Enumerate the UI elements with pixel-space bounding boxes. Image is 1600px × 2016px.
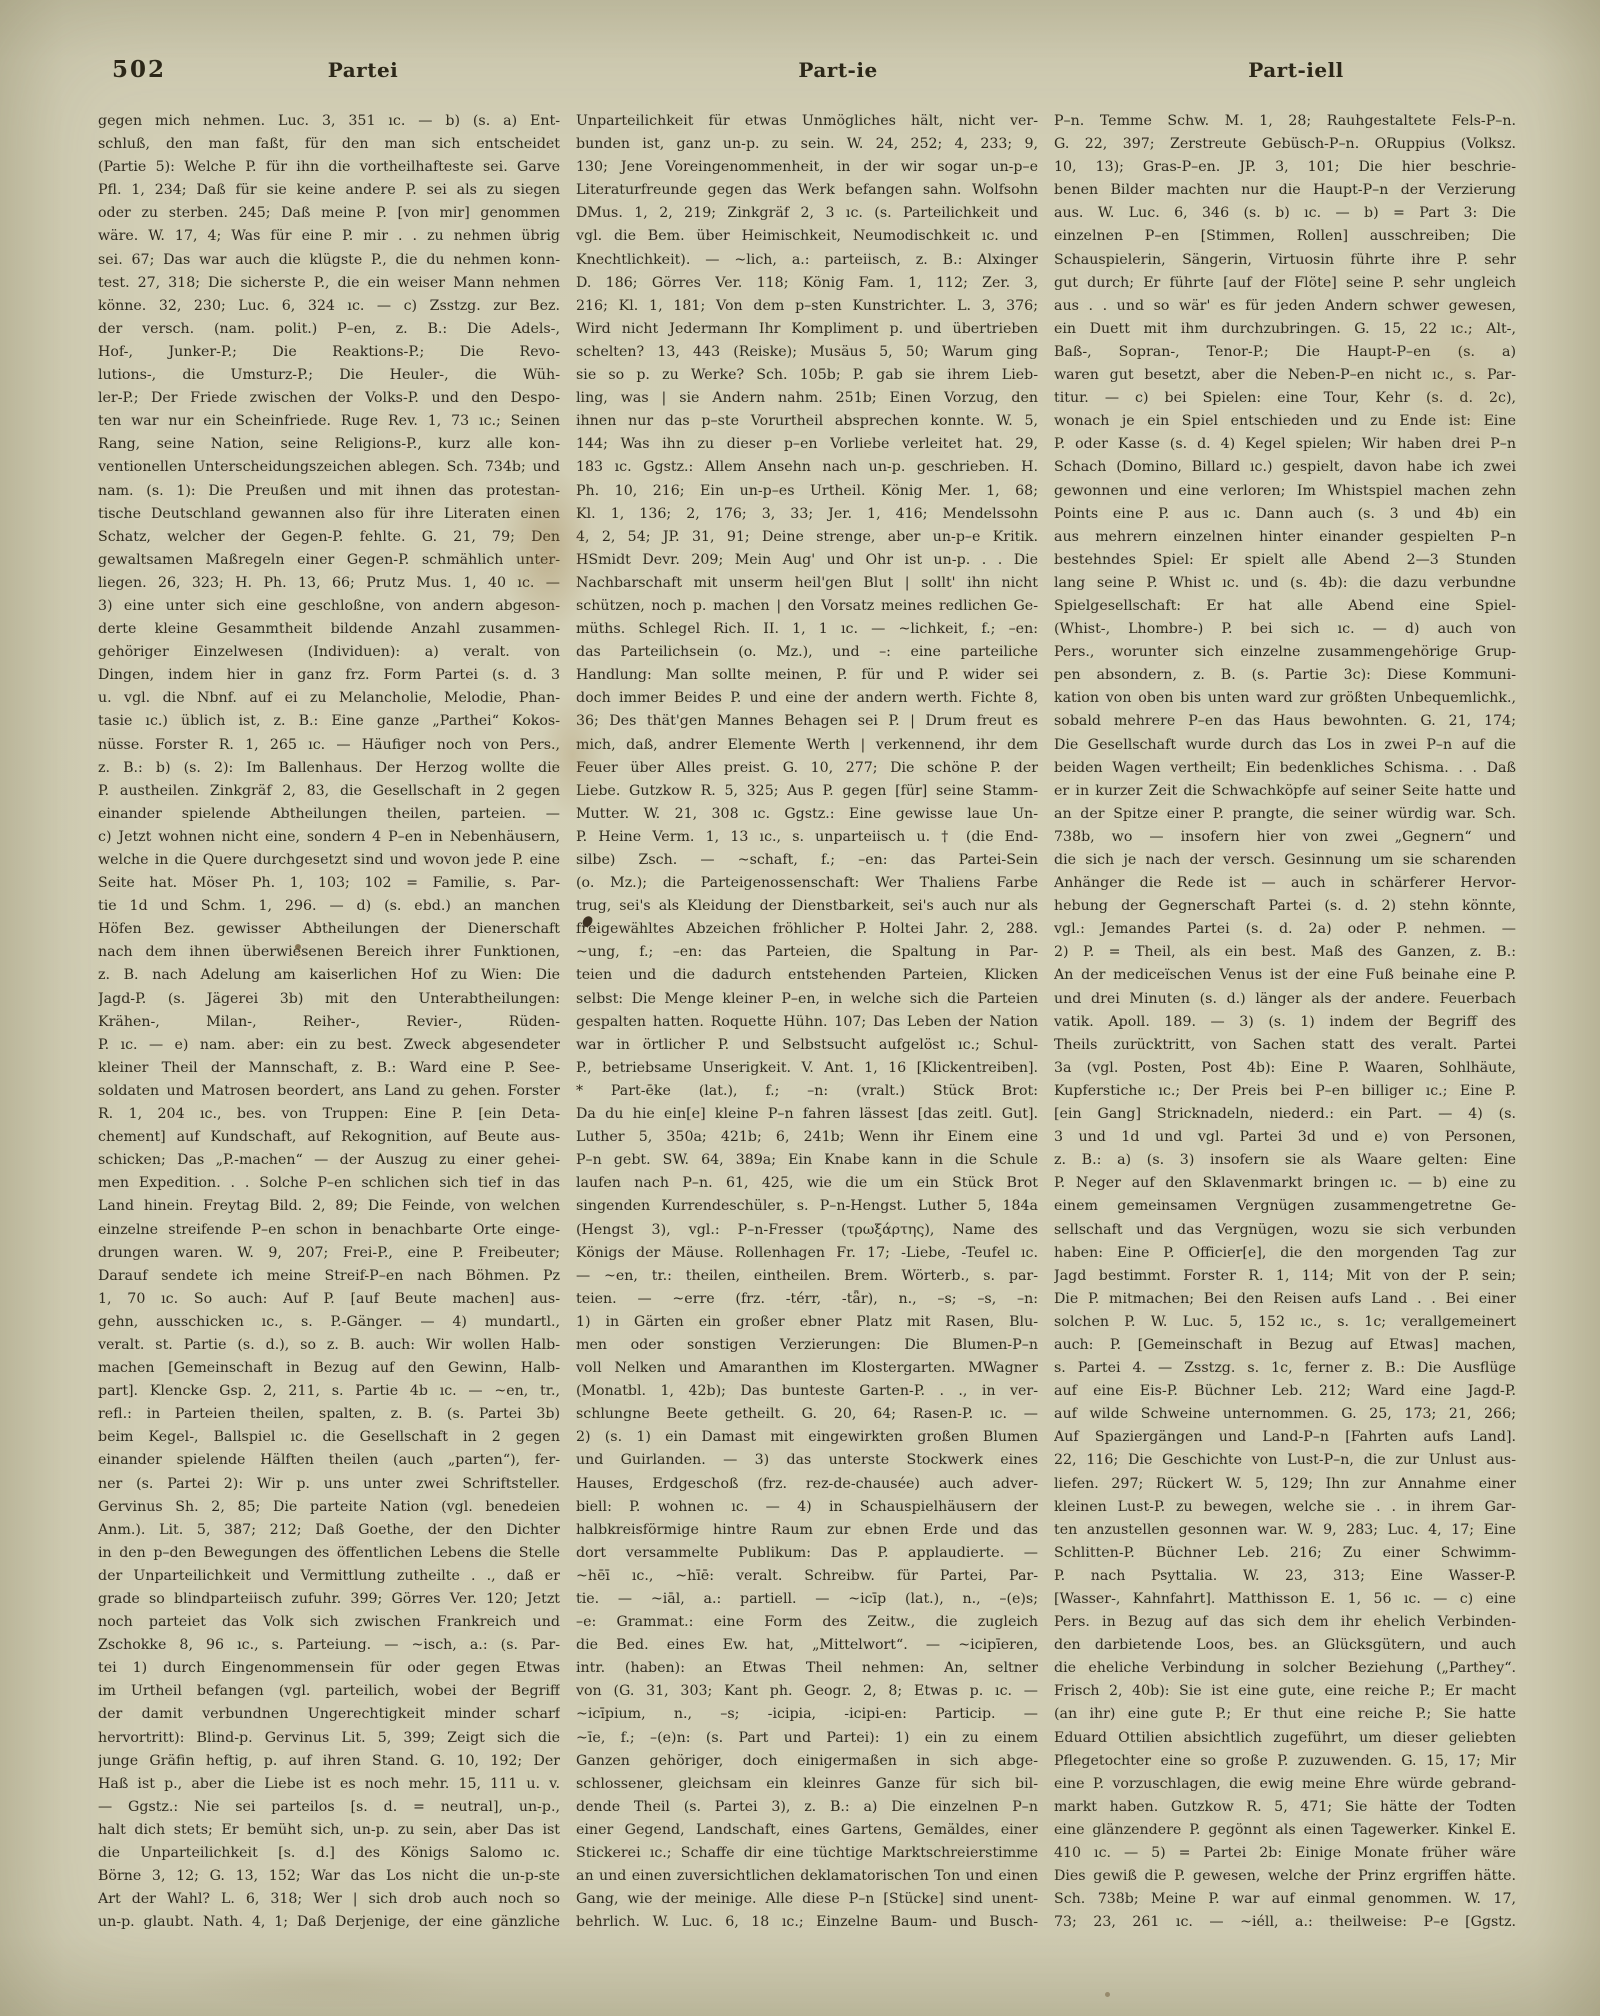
text-line: P. Neger auf den Sklavenmarkt bringen ıc…: [1054, 1172, 1516, 1195]
text-line: Unparteilichkeit für etwas Unmögliches h…: [576, 110, 1038, 133]
text-line: selbst: Die Menge kleiner P–en, in welch…: [576, 988, 1038, 1011]
text-line: u. vgl. die Nbnf. auf ei zu Melancholie,…: [98, 687, 560, 710]
text-line: titur. — c) bei Spielen: eine Tour, Kehr…: [1054, 387, 1516, 410]
text-line: bunden ist, ganz un-p. zu sein. W. 24, 2…: [576, 133, 1038, 156]
running-head-left: Partei: [328, 58, 399, 82]
text-line: vgl.: Jemandes Partei (s. d. 2a) oder P.…: [1054, 918, 1516, 941]
text-line: wonach je ein Spiel entschieden und zu E…: [1054, 410, 1516, 433]
text-line: vgl. die Bem. über Heimischkeit, Neumodi…: [576, 225, 1038, 248]
text-line: singenden Kurrendeschüler, s. P–n-Hengst…: [576, 1195, 1038, 1218]
text-line: intr. (haben): an Etwas Theil nehmen: An…: [576, 1657, 1038, 1680]
text-line: an und einen zuversichtlichen deklamator…: [576, 1865, 1038, 1888]
text-line: tie 1d und Schm. 1, 296. — d) (s. ebd.) …: [98, 895, 560, 918]
text-line: schicken; Das „P.-machen“ — der Auszug z…: [98, 1149, 560, 1172]
text-line: eine glänzendere P. gegönnt als einen Ta…: [1054, 1819, 1516, 1842]
text-line: kleiner Theil der Mannschaft, z. B.: War…: [98, 1057, 560, 1080]
text-line: welche in die Quere durchgesetzt sind un…: [98, 849, 560, 872]
text-line: Auf Spaziergängen und Land-P–n [Fahrten …: [1054, 1426, 1516, 1449]
text-line: einzelne streifende P–en schon in benach…: [98, 1219, 560, 1242]
text-line: 1) in Gärten ein großer ebner Platz mit …: [576, 1311, 1038, 1334]
text-line: Gang, wie der meinige. Alle diese P–n [S…: [576, 1888, 1038, 1911]
text-line: ling, was | sie Andern nahm. 251b; Einen…: [576, 387, 1038, 410]
text-line: Luther 5, 350a; 421b; 6, 241b; Wenn ihr …: [576, 1126, 1038, 1149]
text-line: P. austheilen. Zinkgräf 2, 83, die Gesel…: [98, 780, 560, 803]
text-line: G. 22, 397; Zerstreute Gebüsch-P–n. ORup…: [1054, 133, 1516, 156]
text-line: Dingen, indem hier in ganz frz. Form Par…: [98, 664, 560, 687]
text-line: liegen. 26, 323; H. Ph. 13, 66; Prutz Mu…: [98, 572, 560, 595]
text-line: P. oder Kasse (s. d. 4) Kegel spielen; W…: [1054, 433, 1516, 456]
text-line: wäre. W. 17, 4; Was für eine P. mir . . …: [98, 225, 560, 248]
text-line: das Parteilichsein (o. Mz.), und –: eine…: [576, 641, 1038, 664]
text-line: Dies gewiß die P. gewesen, welche der Pr…: [1054, 1865, 1516, 1888]
text-line: junge Gräfin heftig, p. auf ihren Stand.…: [98, 1750, 560, 1773]
text-line: (Monatbl. 1, 42b); Das bunteste Garten-P…: [576, 1380, 1038, 1403]
text-line: s. Partei 4. — Zsstzg. s. 1c, ferner z. …: [1054, 1357, 1516, 1380]
text-line: Spielgesellschaft: Er hat alle Abend ein…: [1054, 595, 1516, 618]
text-line: behrlich. W. Luc. 6, 18 ıc.; Einzelne Ba…: [576, 1911, 1038, 1934]
text-line: pen absondern, z. B. (s. Partie 3c): Die…: [1054, 664, 1516, 687]
text-line: P. ıc. — e) nam. aber: ein zu best. Zwec…: [98, 1034, 560, 1057]
text-line: 2) P. = Theil, als ein best. Maß des Gan…: [1054, 941, 1516, 964]
text-line: part]. Klencke Gsp. 2, 211, s. Partie 4b…: [98, 1380, 560, 1403]
text-line: Kupferstiche ıc.; Der Preis bei P–en bil…: [1054, 1080, 1516, 1103]
text-line: Pers. in Bezug auf das sich dem ihr ehel…: [1054, 1611, 1516, 1634]
text-line: tische Deutschland gewannen also für ihr…: [98, 503, 560, 526]
text-line: ventionellen Unterscheidungszeichen able…: [98, 456, 560, 479]
text-line: Seite hat. Möser Ph. 1, 103; 102 = Famil…: [98, 872, 560, 895]
text-line: Kl. 1, 136; 2, 176; 3, 33; Jer. 1, 416; …: [576, 503, 1038, 526]
text-line: tei 1) durch Eingenommensein für oder ge…: [98, 1657, 560, 1680]
text-line: auch: P. [Gemeinschaft in Bezug auf Etwa…: [1054, 1334, 1516, 1357]
text-line: der Unparteilichkeit und Vermittlung zut…: [98, 1565, 560, 1588]
running-head-right: Part-iell: [1248, 58, 1344, 82]
page-number: 502: [112, 56, 166, 83]
text-line: Nachbarschaft mit unserm heil'gen Blut |…: [576, 572, 1038, 595]
page-header: 502 Partei Part-ie Part-iell: [0, 56, 1600, 86]
text-line: 130; Jene Voreingenommenheit, in der wir…: [576, 156, 1038, 179]
text-line: nüsse. Forster R. 1, 265 ıc. — Häufiger …: [98, 734, 560, 757]
text-line: teien und die dadurch entstehenden Parte…: [576, 964, 1038, 987]
text-line: Wird nicht Jedermann Ihr Kompliment p. u…: [576, 318, 1038, 341]
text-line: und drei Minuten (s. d.) länger als der …: [1054, 988, 1516, 1011]
text-line: (Partie 5): Welche P. für ihn die vorthe…: [98, 156, 560, 179]
text-line: Königs der Mäuse. Rollenhagen Fr. 17; -L…: [576, 1242, 1038, 1265]
text-line: z. B.: a) (s. 3) insofern sie als Waare …: [1054, 1149, 1516, 1172]
text-line: — ~en, tr.: theilen, eintheilen. Brem. W…: [576, 1265, 1038, 1288]
paper-mottle: [180, 1960, 480, 2010]
text-line: hebung der Gegnerschaft Partei (s. d. 2)…: [1054, 895, 1516, 918]
text-line: tasie ıc.) üblich ist, z. B.: Eine ganze…: [98, 710, 560, 733]
text-line: auf wilde Schweine unternommen. G. 25, 1…: [1054, 1403, 1516, 1426]
text-line: benen Bilder machten nur die Haupt-P–n d…: [1054, 179, 1516, 202]
text-line: der versch. (nam. polit.) P–en, z. B.: D…: [98, 318, 560, 341]
text-line: gegen mich nehmen. Luc. 3, 351 ıc. — b) …: [98, 110, 560, 133]
text-line: vatik. Apoll. 189. — 3) (s. 1) indem der…: [1054, 1011, 1516, 1034]
text-line: z. B.: b) (s. 2): Im Ballenhaus. Der Her…: [98, 757, 560, 780]
text-line: Knechtlichkeit). — ~lich, a.: parteiisch…: [576, 249, 1038, 272]
text-line: derte kleine Gesammtheit bildende Anzahl…: [98, 618, 560, 641]
text-line: Literaturfreunde gegen das Werk befangen…: [576, 179, 1038, 202]
text-line: ten war nur ein Scheinfriede. Ruge Rev. …: [98, 410, 560, 433]
text-line: P–n gebt. SW. 64, 389a; Ein Knabe kann i…: [576, 1149, 1038, 1172]
text-line: R. 1, 204 ıc., bes. von Truppen: Eine P.…: [98, 1103, 560, 1126]
text-line: die eheliche Verbindung in solcher Bezie…: [1054, 1657, 1516, 1680]
text-line: 738b, wo — insofern hier von zwei „Gegne…: [1054, 826, 1516, 849]
text-line: Pfl. 1, 234; Daß für sie keine andere P.…: [98, 179, 560, 202]
text-line: Mutter. W. 21, 308 ıc. Ggstz.: Eine gewi…: [576, 803, 1038, 826]
text-line: 4, 2, 54; JP. 31, 91; Deine strenge, abe…: [576, 526, 1038, 549]
text-line: Darauf sendete ich meine Streif-P–en nac…: [98, 1265, 560, 1288]
text-line: 1, 70 ıc. So auch: Auf P. [auf Beute mac…: [98, 1288, 560, 1311]
text-line: nach dem ihnen überwiesenen Bereich ihre…: [98, 941, 560, 964]
text-line: gehöriger Einzelwesen (Individuen): a) v…: [98, 641, 560, 664]
ink-speck: [1105, 1992, 1110, 1997]
text-line: halbkreisförmige hintre Raum zur ebnen E…: [576, 1519, 1038, 1542]
text-line: Points eine P. aus ıc. Dann auch (s. 3 u…: [1054, 503, 1516, 526]
text-line: 2) (s. 1) ein Damast mit eingewirkten gr…: [576, 1426, 1038, 1449]
text-line: aus mehrern einzelnen hinter einander ge…: [1054, 526, 1516, 549]
text-line: gewonnen und eine verloren; Im Whistspie…: [1054, 480, 1516, 503]
text-line: Haß ist p., aber die Liebe ist es noch m…: [98, 1773, 560, 1796]
text-line: solchen P. W. Luc. 5, 152 ıc., s. 1c; ve…: [1054, 1311, 1516, 1334]
text-line: biell: P. wohnen ıc. — 4) in Schauspielh…: [576, 1496, 1038, 1519]
text-line: freigewähltes Abzeichen fröhlicher P. Ho…: [576, 918, 1038, 941]
text-line: sellschaft und das Vergnügen, wozu sie s…: [1054, 1219, 1516, 1242]
text-line: eine P. vorzuschlagen, die ewig meine Eh…: [1054, 1773, 1516, 1796]
text-line: ten anzustellen gesonnen war. W. 9, 283;…: [1054, 1519, 1516, 1542]
text-line: ihnen nur das p–ste Vorurtheil abspreche…: [576, 410, 1038, 433]
text-line: Theils zurücktritt, von Sachen statt des…: [1054, 1034, 1516, 1057]
text-line: bestehndes Spiel: Er spielt alle Abend 2…: [1054, 549, 1516, 572]
text-line: z. B. nach Adelung am kaiserlichen Hof z…: [98, 964, 560, 987]
text-line: gehn, ausschicken ıc., s. P.-Gänger. — 4…: [98, 1311, 560, 1334]
text-line: und Guirlanden. — 3) das unterste Stockw…: [576, 1449, 1038, 1472]
text-line: Stickerei ıc.; Schaffe dir eine tüchtige…: [576, 1842, 1038, 1865]
text-line: (Whist-, Lhombre-) P. bei sich ıc. — d) …: [1054, 618, 1516, 641]
text-line: Schach (Domino, Billard ıc.) gespielt, d…: [1054, 456, 1516, 479]
text-line: Krähen-, Milan-, Reiher-, Revier-, Rüden…: [98, 1011, 560, 1034]
text-line: Anm.). Lit. 5, 387; 212; Daß Goethe, der…: [98, 1519, 560, 1542]
text-line: Hauses, Erdgeschoß (frz. rez-de-chausée)…: [576, 1473, 1038, 1496]
text-line: Baß-, Sopran-, Tenor-P.; Die Haupt-P–en …: [1054, 341, 1516, 364]
text-line: tie. — ~iāl, a.: partiell. — ~icīp (lat.…: [576, 1588, 1038, 1611]
text-line: P., betriebsame Unserigkeit. V. Ant. 1, …: [576, 1057, 1038, 1080]
text-line: chement] auf Kundschaft, auf Rekognition…: [98, 1126, 560, 1149]
text-line: 3) eine unter sich eine geschloßne, von …: [98, 595, 560, 618]
text-line: c) Jetzt wohnen nicht eine, sondern 4 P–…: [98, 826, 560, 849]
text-line: teien. — ~erre (frz. -térr, -tǟr), n., –…: [576, 1288, 1038, 1311]
text-line: oder zu sterben. 245; Daß meine P. [von …: [98, 202, 560, 225]
text-line: Ph. 10, 216; Ein un-p–es Urtheil. König …: [576, 480, 1038, 503]
text-line: An der mediceïschen Venus ist der eine F…: [1054, 964, 1516, 987]
text-line: dende Theil (s. Partei 3), z. B.: a) Die…: [576, 1796, 1038, 1819]
text-line: gut durch; Er führte [auf der Flöte] sei…: [1054, 272, 1516, 295]
text-line: Hof-, Junker-P.; Die Reaktions-P.; Die R…: [98, 341, 560, 364]
text-line: aus . . und so wär' es für jeden Andern …: [1054, 295, 1516, 318]
text-line: Die P. mitmachen; Bei den Reisen aufs La…: [1054, 1288, 1516, 1311]
text-line: * Part-ēke (lat.), f.; –n: (vralt.) Stüc…: [576, 1080, 1038, 1103]
text-line: 10, 13); Gras-P–en. JP. 3, 101; Die hier…: [1054, 156, 1516, 179]
text-line: refl.: in Parteien theilen, spalten, z. …: [98, 1403, 560, 1426]
text-line: –e: Grammat.: eine Form des Zeitw., die …: [576, 1611, 1038, 1634]
text-line: [Wasser-, Kahnfahrt]. Matthisson E. 1, 5…: [1054, 1588, 1516, 1611]
text-line: Börne 3, 12; G. 13, 152; War das Los nic…: [98, 1865, 560, 1888]
text-line: 73; 23, 261 ıc. — ~iéll, a.: theilweise:…: [1054, 1911, 1516, 1934]
text-line: 22, 116; Die Geschichte von Lust-P–n, di…: [1054, 1449, 1516, 1472]
text-line: Jagd bestimmt. Forster R. 1, 114; Mit vo…: [1054, 1265, 1516, 1288]
text-line: drungen waren. W. 9, 207; Frei-P., eine …: [98, 1242, 560, 1265]
text-line: 216; Kl. 1, 181; Von dem p–sten Kunstric…: [576, 295, 1038, 318]
text-line: aus. W. Luc. 6, 346 (s. b) ıc. — b) = Pa…: [1054, 202, 1516, 225]
text-line: nam. (s. 1): Die Preußen und mit ihnen d…: [98, 480, 560, 503]
text-line: ein Duett mit ihm durchzubringen. G. 15,…: [1054, 318, 1516, 341]
text-line: einander spielende Hälften theilen (auch…: [98, 1449, 560, 1472]
text-column-middle: Unparteilichkeit für etwas Unmögliches h…: [576, 110, 1038, 1942]
text-line: auf eine Eis-P. Büchner Leb. 212; Ward e…: [1054, 1380, 1516, 1403]
text-line: P–n. Temme Schw. M. 1, 28; Rauhgestaltet…: [1054, 110, 1516, 133]
text-line: im Urtheil befangen (vgl. parteilich, wo…: [98, 1680, 560, 1703]
text-line: un-p. glaubt. Nath. 4, 1; Daß Derjenige,…: [98, 1911, 560, 1934]
text-line: doch immer Beides P. und eine der andern…: [576, 687, 1038, 710]
text-line: veralt. st. Partie (s. d.), so z. B. auc…: [98, 1334, 560, 1357]
text-line: laufen nach P–n. 61, 425, wie die um ein…: [576, 1172, 1038, 1195]
text-line: Ganzen gehöriger, doch einigermaßen in s…: [576, 1750, 1038, 1773]
text-line: (an ihr) eine gute P.; Er thut eine reic…: [1054, 1703, 1516, 1726]
text-line: beiden Wagen vertheilt; Ein bedenkliches…: [1054, 757, 1516, 780]
text-line: war in örtlicher P. und Selbstsucht aufg…: [576, 1034, 1038, 1057]
text-line: P. nach Psyttalia. W. 23, 313; Eine Wass…: [1054, 1565, 1516, 1588]
text-column-left: gegen mich nehmen. Luc. 3, 351 ıc. — b) …: [98, 110, 560, 1942]
text-line: ~hēī ıc., ~hīē: veralt. Schreibw. für Pa…: [576, 1565, 1038, 1588]
text-line: Schauspielerin, Sängerin, Virtuosin führ…: [1054, 249, 1516, 272]
text-line: 144; Was ihn zu dieser p–en Vorliebe ver…: [576, 433, 1038, 456]
text-line: von (G. 31, 303; Kant ph. Geogr. 2, 8; E…: [576, 1680, 1038, 1703]
text-line: P. Heine Verm. 1, 13 ıc., s. unparteiisc…: [576, 826, 1038, 849]
text-line: Sch. 738b; Meine P. war auf einmal genom…: [1054, 1888, 1516, 1911]
text-line: men Expedition. . . Solche P–en schliche…: [98, 1172, 560, 1195]
text-line: Handlung: Man sollte meinen, P. für und …: [576, 664, 1038, 687]
text-line: einander spielende Abtheilungen theilen,…: [98, 803, 560, 826]
text-line: schelten? 13, 443 (Reiske); Musäus 5, 50…: [576, 341, 1038, 364]
text-line: sie so p. zu Werke? Sch. 105b; P. gab si…: [576, 364, 1038, 387]
text-line: der damit verbundnen Ungerechtigkeit min…: [98, 1703, 560, 1726]
text-line: Pflegetochter eine so große P. zuzuwende…: [1054, 1750, 1516, 1773]
text-line: einzelnen P–en [Stimmen, Rollen] ausschr…: [1054, 225, 1516, 248]
text-line: Rang, seine Nation, seine Religions-P., …: [98, 433, 560, 456]
text-line: er in kurzer Zeit die Schwachköpfe auf s…: [1054, 780, 1516, 803]
text-line: die Unparteilichkeit [s. d.] des Königs …: [98, 1842, 560, 1865]
text-line: könne. 32, 230; Luc. 6, 324 ıc. — c) Zss…: [98, 295, 560, 318]
text-line: ~īe, f.; –(e)n: (s. Part und Partei): 1)…: [576, 1727, 1038, 1750]
text-line: Da du hie ein[e] kleine P–n fahren lässe…: [576, 1103, 1038, 1126]
text-line: Land hinein. Freytag Bild. 2, 89; Die Fe…: [98, 1195, 560, 1218]
text-line: machen [Gemeinschaft in Bezug auf den Ge…: [98, 1357, 560, 1380]
text-line: Feuer über Alles preist. G. 10, 277; Die…: [576, 757, 1038, 780]
text-line: men oder sonstigen Verzierungen: Die Blu…: [576, 1334, 1038, 1357]
text-line: D. 186; Görres Ver. 118; König Fam. 1, 1…: [576, 272, 1038, 295]
text-line: Höfen Bez. gewisser Abtheilungen der Die…: [98, 918, 560, 941]
text-line: Schatz, welcher der Gegen-P. fehlte. G. …: [98, 526, 560, 549]
text-line: sei. 67; Das war auch die klügste P., di…: [98, 249, 560, 272]
text-line: ler-P.; Der Friede zwischen der Volks-P.…: [98, 387, 560, 410]
text-line: Pers., worunter sich einzelne zusammenge…: [1054, 641, 1516, 664]
text-line: waren gut besetzt, aber die Neben-P–en n…: [1054, 364, 1516, 387]
text-line: 3 und 1d und vgl. Partei 3d und e) von P…: [1054, 1126, 1516, 1149]
text-line: schluß, den man faßt, für den man sich e…: [98, 133, 560, 156]
text-line: soldaten und Matrosen beordert, ans Land…: [98, 1080, 560, 1103]
text-line: schützen, noch p. machen | den Vorsatz m…: [576, 595, 1038, 618]
text-line: schlossener, gleichsam ein kleinres Ganz…: [576, 1773, 1038, 1796]
text-line: Eduard Ottilien absichtlich zugeführt, u…: [1054, 1727, 1516, 1750]
text-line: lang seine P. Whist ıc. und (s. 4b): die…: [1054, 572, 1516, 595]
text-line: Liebe. Gutzkow R. 5, 325; Aus P. gegen […: [576, 780, 1038, 803]
text-line: mich, daß, andrer Elemente Werth | verke…: [576, 734, 1038, 757]
text-line: müths. Schlegel Rich. II. 1, 1 ıc. — ~li…: [576, 618, 1038, 641]
text-line: 3a (vgl. Posten, Post 4b): Eine P. Waare…: [1054, 1057, 1516, 1080]
text-line: HSmidt Devr. 209; Mein Aug' und Ohr ist …: [576, 549, 1038, 572]
text-line: — Ggstz.: Nie sei parteilos [s. d. = neu…: [98, 1796, 560, 1819]
text-line: ~icīpium, n., –s; -icipia, -icipi-en: Pa…: [576, 1703, 1038, 1726]
text-line: kleinen Lust-P. zu bewegen, welche sie .…: [1054, 1496, 1516, 1519]
text-line: einer Gegend, Landschaft, eines Gartens,…: [576, 1819, 1038, 1842]
text-line: gewaltsamen Maßregeln einer Gegen-P. sch…: [98, 549, 560, 572]
text-line: noch parteiet das Volk sich zwischen Fra…: [98, 1611, 560, 1634]
text-line: den darbietende Loos, bes. an Glücksgüte…: [1054, 1634, 1516, 1657]
text-line: kation von oben bis unten ward zur größt…: [1054, 687, 1516, 710]
text-line: an der Spitze einer P. prangte, die sein…: [1054, 803, 1516, 826]
text-line: Frisch 2, 40b): Sie ist eine gute, eine …: [1054, 1680, 1516, 1703]
text-line: 36; Des thät'gen Mannes Behagen sei P. |…: [576, 710, 1038, 733]
text-line: sobald mehrere P–en das Haus bewohnten. …: [1054, 710, 1516, 733]
text-line: trug, sei's als Kleidung der Dienstbarke…: [576, 895, 1038, 918]
text-line: Anhänger die Rede ist — auch in schärfer…: [1054, 872, 1516, 895]
text-line: Zschokke 8, 96 ıc., s. Parteiung. — ~isc…: [98, 1634, 560, 1657]
text-line: haben: Eine P. Officier[e], die den morg…: [1054, 1242, 1516, 1265]
text-line: Jagd-P. (s. Jägerei 3b) mit den Unterabt…: [98, 988, 560, 1011]
text-line: voll Nelken und Amaranthen im Klostergar…: [576, 1357, 1038, 1380]
text-line: 410 ıc. — 5) = Partei 2b: Einige Monate …: [1054, 1842, 1516, 1865]
text-line: in den p–den Bewegungen des öffentlichen…: [98, 1542, 560, 1565]
text-line: ~ung, f.; –en: das Parteien, die Spaltun…: [576, 941, 1038, 964]
text-line: gespalten hatten. Roquette Hühn. 107; Da…: [576, 1011, 1038, 1034]
text-line: hervortritt): Blind-p. Gervinus Lit. 5, …: [98, 1727, 560, 1750]
text-line: (Hengst 3), vgl.: P–n-Fresser (τρωξάρτης…: [576, 1219, 1038, 1242]
text-line: test. 27, 318; Die sicherste P., die ein…: [98, 272, 560, 295]
text-line: die Bed. eines Ew. hat, „Mittelwort“. — …: [576, 1634, 1038, 1657]
text-line: grade so blindparteiisch zufuhr. 399; Gö…: [98, 1588, 560, 1611]
text-line: (o. Mz.); die Parteigenossenschaft: Wer …: [576, 872, 1038, 895]
running-head-middle: Part-ie: [798, 58, 877, 82]
text-line: einem gemeinsamen Vergnügen zusammengetr…: [1054, 1195, 1516, 1218]
text-line: DMus. 1, 2, 219; Zinkgräf 2, 3 ıc. (s. P…: [576, 202, 1038, 225]
text-line: beim Kegel-, Ballspiel ıc. die Gesellsch…: [98, 1426, 560, 1449]
text-line: liefen. 297; Rückert W. 5, 129; Ihn zur …: [1054, 1473, 1516, 1496]
text-line: [ein Gang] Stricknadeln, niederd.: ein P…: [1054, 1103, 1516, 1126]
text-line: Die Gesellschaft wurde durch das Los in …: [1054, 734, 1516, 757]
text-column-right: P–n. Temme Schw. M. 1, 28; Rauhgestaltet…: [1054, 110, 1516, 1942]
scanned-dictionary-page: 502 Partei Part-ie Part-iell gegen mich …: [0, 0, 1600, 2016]
text-line: ner (s. Partei 2): Wir p. uns unter zwei…: [98, 1473, 560, 1496]
text-line: dort versammelte Publikum: Das P. applau…: [576, 1542, 1038, 1565]
text-line: Schlitten-P. Büchner Leb. 216; Zu einer …: [1054, 1542, 1516, 1565]
text-line: die sich je nach der versch. Gesinnung u…: [1054, 849, 1516, 872]
text-line: halt dich stets; Er bemüht sich, un-p. z…: [98, 1819, 560, 1842]
text-line: Art der Wahl? L. 6, 318; Wer | sich drob…: [98, 1888, 560, 1911]
text-line: lutions-, die Umsturz-P.; Die Heuler-, d…: [98, 364, 560, 387]
text-line: Gervinus Sh. 2, 85; Die parteite Nation …: [98, 1496, 560, 1519]
text-line: 183 ıc. Ggstz.: Allem Ansehn nach un-p. …: [576, 456, 1038, 479]
text-line: markt haben. Gutzkow R. 5, 471; Sie hätt…: [1054, 1796, 1516, 1819]
text-line: schlungne Beete getheilt. G. 20, 64; Ras…: [576, 1403, 1038, 1426]
text-line: silbe) Zsch. — ~schaft, f.; –en: das Par…: [576, 849, 1038, 872]
